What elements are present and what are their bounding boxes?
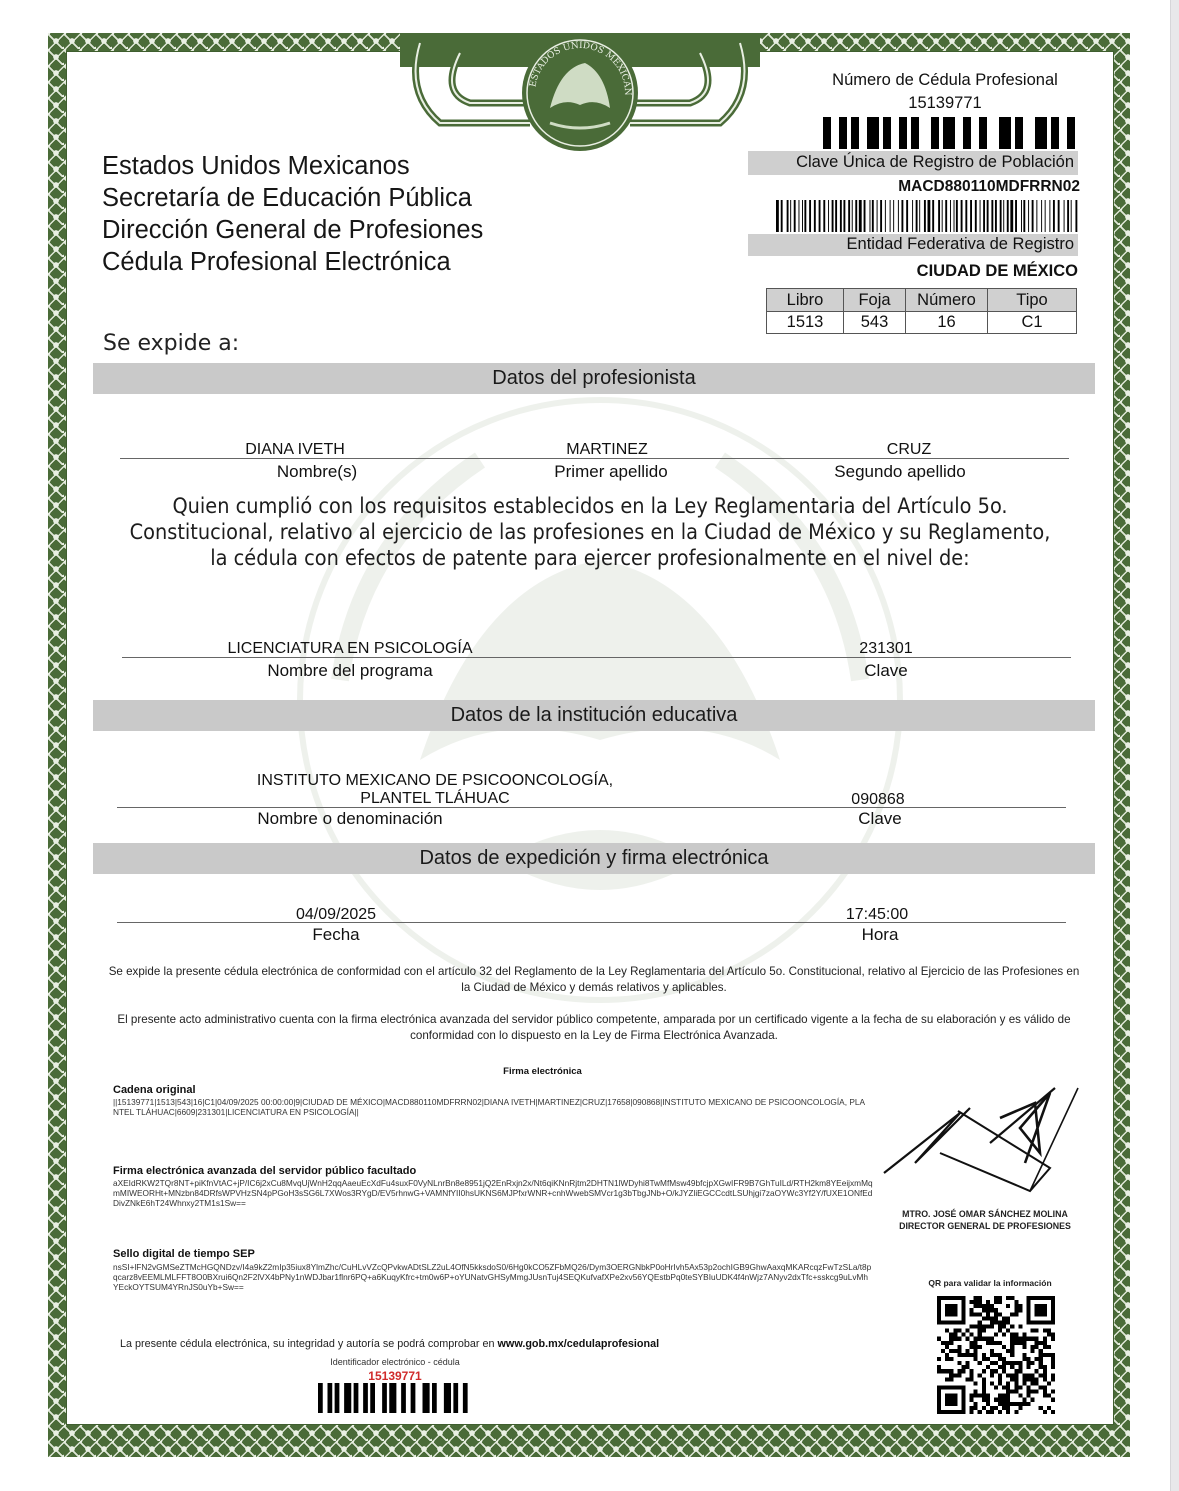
issuer-heading: Estados Unidos Mexicanos Secretaría de E… [102,150,483,278]
hora-label: Hora [780,925,980,945]
statement-line-1: Quien cumplió con los requisitos estable… [80,494,1100,520]
programa-label: Nombre del programa [200,661,500,681]
programa-clave-value: 231301 [786,640,986,658]
cedula-number: 15139771 [790,94,1100,113]
legal-statement: Quien cumplió con los requisitos estable… [80,494,1100,572]
statement-line-3: la cédula con efectos de patente para ej… [80,546,1100,572]
numero-value: 16 [906,312,988,334]
cedula-barcode [823,117,1079,149]
cedula-number-label: Número de Cédula Profesional [790,71,1100,90]
col-foja: Foja [844,289,906,312]
section-profesionista: Datos del profesionista [93,363,1095,394]
issued-to-label: Se expide a: [103,331,239,356]
issuer-line-country: Estados Unidos Mexicanos [102,150,483,182]
curp-label: Clave Única de Registro de Población [748,153,1074,172]
verify-text: La presente cédula electrónica, su integ… [120,1338,498,1350]
nombre-label: Nombre(s) [217,462,417,482]
institucion-line-1: INSTITUTO MEXICANO DE PSICOONCOLOGÍA, [200,772,670,790]
qr-label: QR para validar la información [900,1278,1080,1288]
servidor-label: Firma electrónica avanzada del servidor … [113,1165,416,1177]
institucion-value: INSTITUTO MEXICANO DE PSICOONCOLOGÍA, PL… [200,772,670,808]
fecha-label: Fecha [236,925,436,945]
segundo-apellido-value: CRUZ [809,441,1009,459]
section-institucion: Datos de la institución educativa [93,700,1095,731]
section-expedicion: Datos de expedición y firma electrónica [93,843,1095,874]
nombre-value: DIANA IVETH [195,441,395,459]
issuer-line-directorate: Dirección General de Profesiones [102,214,483,246]
sello-digital: nsSI+lFN2vGMSeZTMcHGQNDzv/I4a9kZ2mIp35iu… [113,1262,873,1292]
signer-name: MTRO. JOSÉ OMAR SÁNCHEZ MOLINA [880,1208,1090,1220]
institucion-line-2: PLANTEL TLÁHUAC [200,790,670,808]
col-tipo: Tipo [988,289,1077,312]
divider [117,807,1066,808]
page-edge [1170,0,1179,1491]
signer-title: DIRECTOR GENERAL DE PROFESIONES [880,1220,1090,1232]
national-seal-icon: ESTADOS UNIDOS MEXICANOS [400,33,760,153]
firma-heading: Firma electrónica [470,1066,615,1077]
legal-paragraph-2: El presente acto administrativo cuenta c… [108,1012,1080,1044]
curp-value: MACD880110MDFRRN02 [748,178,1080,196]
cadena-label: Cadena original [113,1084,196,1096]
cadena-original: ||15139771|1513|543|16|C1|04/09/2025 00:… [113,1097,868,1117]
primer-apellido-label: Primer apellido [511,462,711,482]
document-title: Cédula Profesional Electrónica [102,246,483,278]
servidor-signature: aXEIdRKW2TQr8NT+piKfnVtAC+jP/IC6j2xCu8Mv… [113,1178,873,1208]
libro-value: 1513 [767,312,844,334]
divider [122,657,1071,658]
tipo-value: C1 [988,312,1077,334]
statement-line-2: Constitucional, relativo al ejercicio de… [80,520,1100,546]
primer-apellido-value: MARTINEZ [507,441,707,459]
institucion-label: Nombre o denominación [200,809,500,829]
entidad-label: Entidad Federativa de Registro [748,235,1074,254]
issuer-line-ministry: Secretaría de Educación Pública [102,182,483,214]
foja-value: 543 [844,312,906,334]
electronic-id-barcode [318,1383,470,1413]
programa-value: LICENCIATURA EN PSICOLOGÍA [150,640,550,658]
institucion-clave-label: Clave [780,809,980,829]
segundo-apellido-label: Segundo apellido [800,462,1000,482]
signer-block: MTRO. JOSÉ OMAR SÁNCHEZ MOLINA DIRECTOR … [880,1208,1090,1232]
curp-barcode [776,200,1079,232]
col-libro: Libro [767,289,844,312]
col-numero: Número [906,289,988,312]
divider [117,922,1066,923]
legal-paragraph-1: Se expide la presente cédula electrónica… [108,964,1080,996]
verify-link[interactable]: www.gob.mx/cedulaprofesional [498,1338,660,1350]
programa-clave-label: Clave [786,661,986,681]
verify-notice: La presente cédula electrónica, su integ… [120,1338,659,1350]
registry-table: Libro Foja Número Tipo 1513 543 16 C1 [766,288,1077,334]
handwritten-signature-icon [880,1083,1085,1203]
divider [120,458,1069,459]
entidad-value: CIUDAD DE MÉXICO [748,262,1078,281]
electronic-id-number: 15139771 [295,1369,495,1383]
sello-label: Sello digital de tiempo SEP [113,1248,255,1260]
qr-code-icon[interactable] [936,1296,1056,1414]
electronic-id-label: Identificador electrónico - cédula [295,1357,495,1367]
